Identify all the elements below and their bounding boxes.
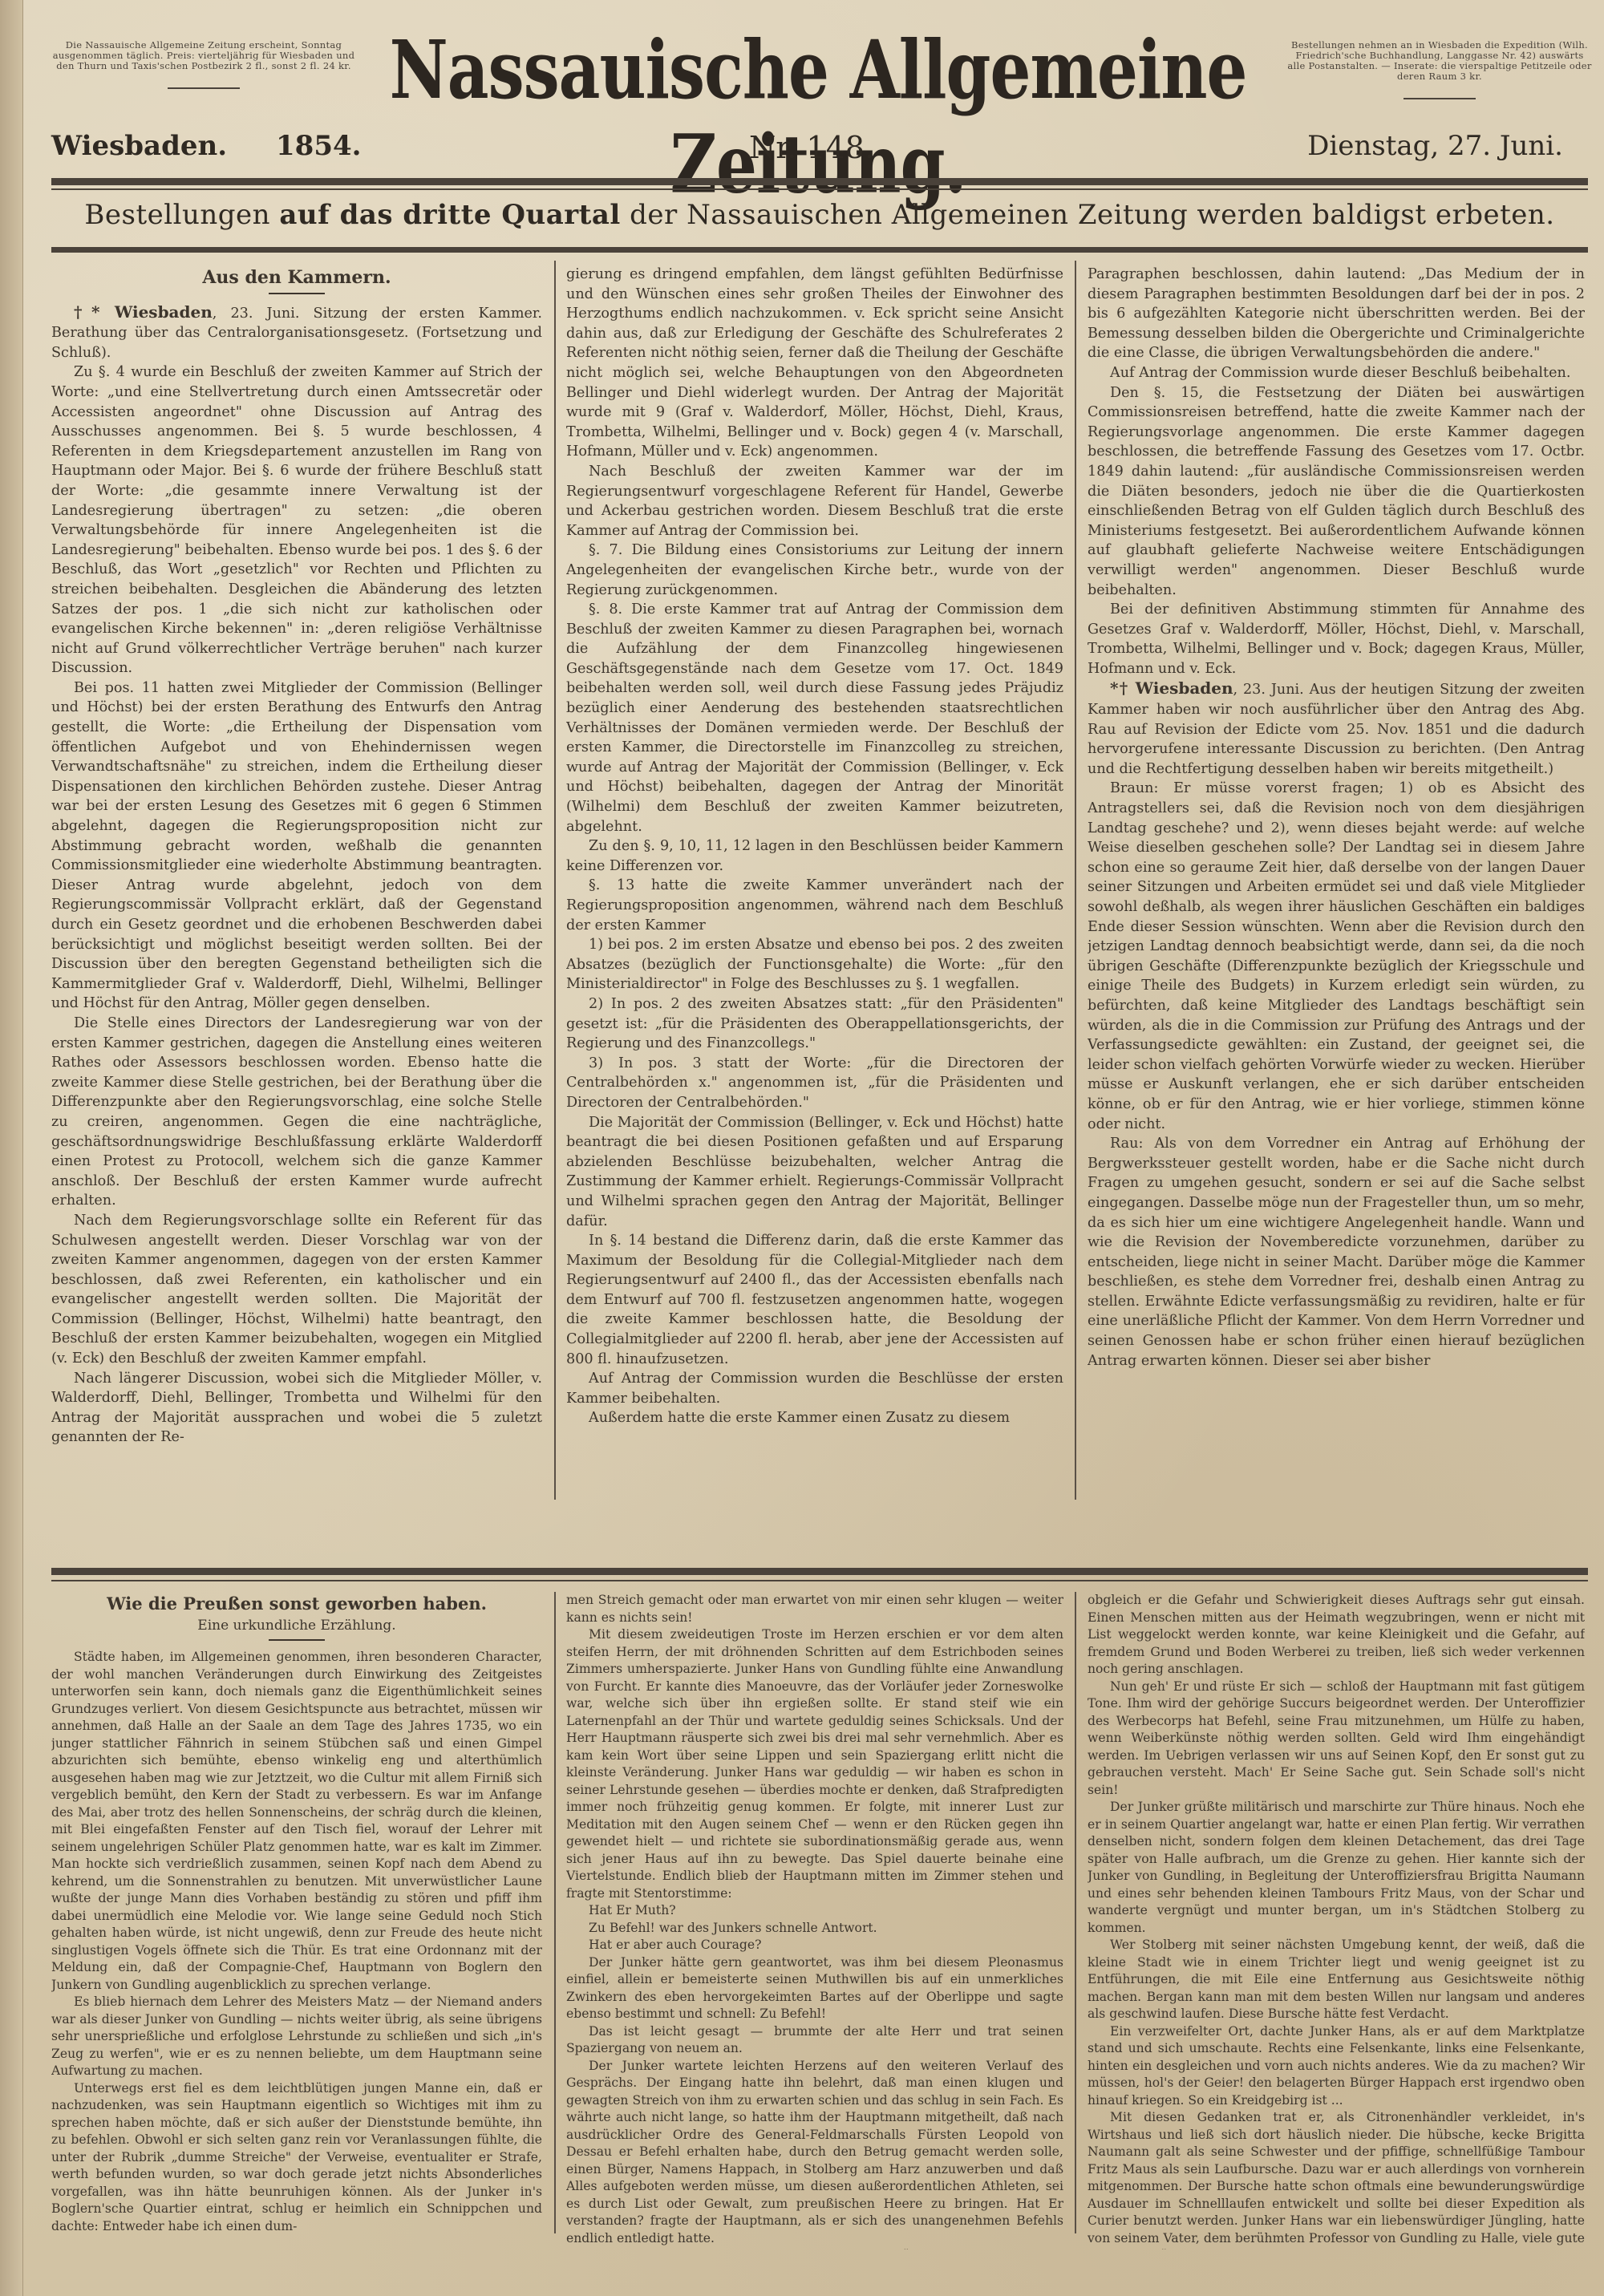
binding-edge: [0, 0, 23, 2296]
paragraph: Zu Befehl! war des Junkers schnelle Antw…: [566, 1920, 1063, 1938]
paragraph: Das ist leicht gesagt — brummte der alte…: [566, 2023, 1063, 2058]
issue-date: Dienstag, 27. Juni.: [1307, 130, 1563, 162]
issue-number: Nr. 148.: [749, 130, 874, 165]
feuilleton-rule-thin: [51, 1580, 1588, 1581]
banner-bold-text: auf das dritte Quartal: [279, 199, 620, 231]
paragraph: Auf Antrag der Commission wurde dieser B…: [1088, 363, 1585, 383]
paragraph: Ein verzweifelter Ort, dachte Junker Han…: [1088, 2023, 1585, 2110]
feuilleton-column-3: obgleich er die Gefahr und Schwierigkeit…: [1088, 1592, 1585, 2249]
section-heading: Aus den Kammern.: [51, 268, 542, 288]
orders-notice-text: Bestellungen nehmen an in Wiesbaden die …: [1287, 40, 1592, 82]
banner-text: Bestellungen: [84, 199, 279, 231]
paragraph: Hat Er Muth?: [566, 1902, 1063, 1920]
feuilleton-column-2: men Streich gemacht oder man erwartet vo…: [566, 1592, 1063, 2249]
column-separator: [1075, 1592, 1076, 2233]
newspaper-page: Die Nassauische Allgemeine Zeitung ersch…: [0, 0, 1604, 2296]
lead-dateline: †* Wiesbaden: [74, 302, 213, 322]
lead-dateline: *† Wiesbaden: [1110, 678, 1233, 698]
column-separator: [554, 1592, 556, 2233]
column-separator: [554, 261, 556, 1500]
paragraph: Mit diesem zweideutigen Troste im Herzen…: [566, 1626, 1063, 1902]
paragraph: §. 13 hatte die zweite Kammer unveränder…: [566, 876, 1063, 935]
article-column-3: Paragraphen beschlossen, dahin lautend: …: [1088, 265, 1585, 1500]
paragraph: gierung es dringend empfahlen, dem längs…: [566, 265, 1063, 462]
paragraph: obgleich er die Gefahr und Schwierigkeit…: [1088, 1592, 1585, 1678]
paragraph: Zu Befehl! entgegnete Junker Hans ebenso…: [566, 2247, 1063, 2249]
paragraph: 2) In pos. 2 des zweiten Absatzes statt:…: [566, 994, 1063, 1054]
paragraph: Paragraphen beschlossen, dahin lautend: …: [1088, 265, 1585, 363]
paragraph: Nun geh' Er und rüste Er sich — schloß d…: [1088, 1678, 1585, 1800]
banner-rule: [51, 247, 1588, 253]
paragraph: Städte haben, im Allgemeinen genommen, i…: [51, 1649, 542, 1994]
column-separator: [1075, 261, 1076, 1500]
paragraph: Bei pos. 11 hatten zwei Mitglieder der C…: [51, 678, 542, 1014]
dateline: Wiesbaden. 1854. Nr. 148. Dienstag, 27. …: [51, 130, 1575, 170]
subscription-notice-text: Die Nassauische Allgemeine Zeitung ersch…: [51, 40, 356, 71]
orders-notice: Bestellungen nehmen an in Wiesbaden die …: [1287, 40, 1592, 99]
article-column-2: gierung es dringend empfahlen, dem längs…: [566, 265, 1063, 1500]
heading-rule: [269, 293, 325, 294]
paragraph: Der Junker hätte gern geantwortet, was i…: [566, 1954, 1063, 2023]
paragraph: Auf Antrag der Commission wurden die Bes…: [566, 1369, 1063, 1408]
dateline-city: Wiesbaden.: [51, 130, 227, 162]
paragraph: In §. 14 bestand die Differenz darin, da…: [566, 1231, 1063, 1369]
subscription-notice: Die Nassauische Allgemeine Zeitung ersch…: [51, 40, 356, 89]
paragraph: 3) In pos. 3 statt der Worte: „für die D…: [566, 1054, 1063, 1113]
feuilleton-title: Wie die Preußen sonst geworben haben.: [51, 1595, 542, 1613]
dateline-year: 1854.: [276, 130, 361, 162]
paragraph: Der Junker grüßte militärisch und marsch…: [1088, 1799, 1585, 1937]
paragraph: Den §. 15, die Festsetzung der Diäten be…: [1088, 383, 1585, 601]
article-lead: *† Wiesbaden, 23. Juni. Aus der heutigen…: [1088, 678, 1585, 779]
paragraph: Zu §. 4 wurde ein Beschluß der zweiten K…: [51, 362, 542, 678]
paragraph: Hat er aber auch Courage?: [566, 1937, 1063, 1954]
paragraph: Zu den §. 9, 10, 11, 12 lagen in den Bes…: [566, 836, 1063, 876]
paragraph: Nach Beschluß der zweiten Kammer war der…: [566, 462, 1063, 541]
paragraph: Die Majorität der Commission (Bellinger,…: [566, 1113, 1063, 1232]
paragraph: Braun: Er müsse vorerst fragen; 1) ob es…: [1088, 779, 1585, 1134]
heading-rule: [269, 1639, 325, 1641]
paragraph: §. 8. Die erste Kammer trat auf Antrag d…: [566, 600, 1063, 836]
paragraph: Es blieb hiernach dem Lehrer des Meister…: [51, 1994, 542, 2080]
header-rule-thin: [51, 188, 1588, 190]
article-lead: †* Wiesbaden, 23. Juni. Sitzung der erst…: [51, 302, 542, 363]
paragraph: 1) bei pos. 2 im ersten Absatze und eben…: [566, 935, 1063, 994]
article-column-1: Aus den Kammern. †* Wiesbaden, 23. Juni.…: [51, 265, 542, 1500]
paragraph: Nach dem Regierungsvorschlage sollte ein…: [51, 1211, 542, 1369]
feuilleton-column-1: Wie die Preußen sonst geworben haben. Ei…: [51, 1592, 542, 2249]
paragraph: Wer Stolberg mit seiner nächsten Umgebun…: [1088, 1937, 1585, 2023]
paragraph: Außerdem hatte die erste Kammer einen Zu…: [566, 1408, 1063, 1428]
notice-rule: [168, 87, 240, 89]
subscription-banner: Bestellungen auf das dritte Quartal der …: [51, 199, 1588, 231]
paragraph: §. 7. Die Bildung eines Consistoriums zu…: [566, 541, 1063, 600]
paragraph: Unterwegs erst fiel es dem leichtblütige…: [51, 2080, 542, 2236]
notice-rule: [1403, 98, 1476, 99]
paragraph: Mit diesen Gedanken trat er, als Citrone…: [1088, 2109, 1585, 2249]
paragraph: Bei der definitiven Abstimmung stimmten …: [1088, 600, 1585, 678]
feuilleton-rule: [51, 1568, 1588, 1575]
paragraph: Rau: Als von dem Vorredner ein Antrag au…: [1088, 1134, 1585, 1371]
paragraph: Die Stelle eines Directors der Landesreg…: [51, 1014, 542, 1211]
paragraph: men Streich gemacht oder man erwartet vo…: [566, 1592, 1063, 1626]
banner-text: der Nassauischen Allgemeinen Zeitung wer…: [621, 199, 1555, 231]
header-rule: [51, 178, 1588, 185]
paragraph: Nach längerer Discussion, wobei sich die…: [51, 1369, 542, 1448]
feuilleton-subtitle: Eine urkundliche Erzählung.: [51, 1618, 542, 1635]
paragraph: Der Junker wartete leichten Herzens auf …: [566, 2058, 1063, 2248]
